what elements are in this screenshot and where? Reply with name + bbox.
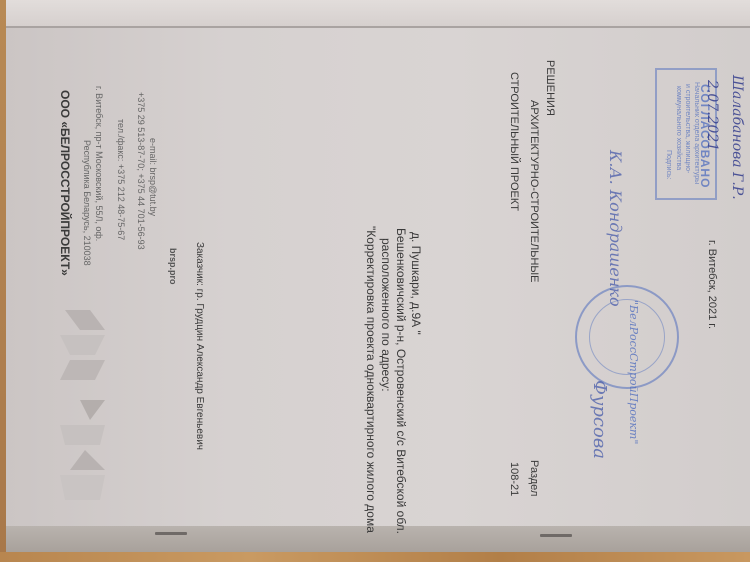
- wood-surface-bottom: [0, 552, 750, 562]
- section-name-line-2: РЕШЕНИЯ: [544, 60, 556, 116]
- approver-signature: Шалабанова Г.Р.: [729, 75, 745, 200]
- project-title-line-1: "Корректировка проекта одноквартирного ж…: [364, 226, 378, 533]
- paper-fold-top: [6, 0, 750, 28]
- company-logo: [60, 310, 110, 510]
- company-address-2: г. Витебск, пр-т Московский, 55Л, оф.: [94, 86, 104, 241]
- project-stage: СТРОИТЕЛЬНЫЙ ПРОЕКТ: [508, 72, 520, 211]
- project-title-line-3: Бешенковичский р-н, Островенский с/с Вит…: [394, 228, 408, 534]
- company-mobile: +375 29 513-87-70; +375 44 701-56-93: [136, 92, 146, 250]
- staple: [155, 532, 187, 535]
- company-phone-fax: тел./факс: +375 212 48-75-67: [116, 119, 126, 240]
- paper-binding-edge: [6, 526, 750, 552]
- project-title-line-4: д. Пушкари, д.9А ": [409, 232, 423, 335]
- project-number: 108-21: [508, 462, 520, 496]
- company-name: ООО «БЕЛРОССТРОЙПРОЕКТ»: [58, 90, 72, 276]
- approval-text-2: и строительства, жилищно-: [684, 84, 691, 173]
- engineer-signature: К.А. Кондрашенко: [606, 150, 625, 307]
- approval-date-handwritten: 2.07.2021: [704, 80, 720, 151]
- customer-line: Заказчик: гр. Грудцин Александр Евгеньев…: [194, 242, 205, 450]
- section-name-line-1: АРХИТЕКТУРНО-СТРОИТЕЛЬНЫЕ: [528, 100, 540, 282]
- company-email: e-mail: brsp@tut.by: [148, 138, 158, 216]
- company-website: brsp.pro: [168, 248, 178, 285]
- approval-text-3: коммунального хозяйства: [675, 86, 682, 170]
- approval-text-1: Начальник отдела архитектуры: [693, 82, 700, 184]
- approval-signature-label: Подпись:: [665, 150, 672, 180]
- company-address-1: Республика Беларусь, 210038: [82, 140, 92, 266]
- section-label: Раздел: [528, 460, 540, 496]
- city-year: г. Витебск, 2021 г.: [706, 240, 718, 329]
- round-stamp-text: "БелРоссСтройПроект": [627, 300, 640, 444]
- document-page: [6, 28, 750, 526]
- staple: [540, 534, 572, 537]
- director-signature: Фурсова: [589, 380, 610, 459]
- project-title-line-2: расположенного по адресу:: [379, 238, 393, 392]
